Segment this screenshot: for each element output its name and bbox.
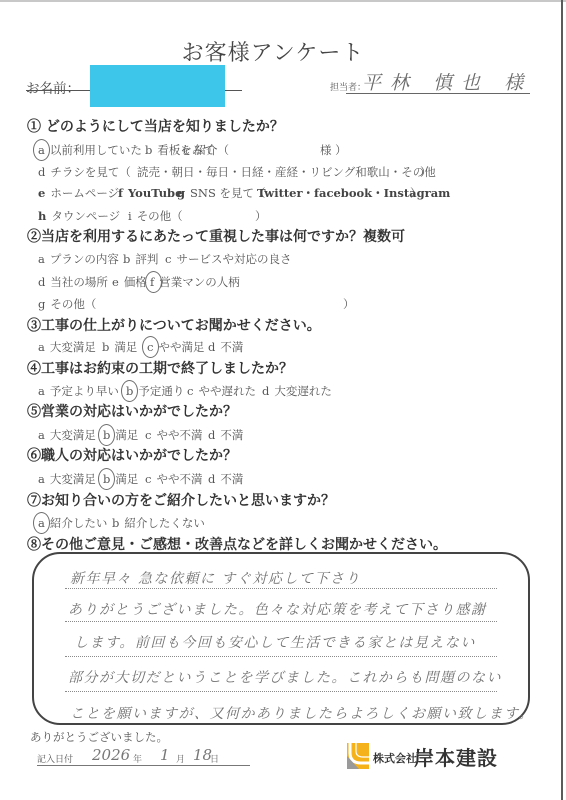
option-key: e [38,185,45,201]
option-key: b [112,515,119,531]
option-key: c [147,339,153,355]
option-key: d [262,383,269,399]
option-key: c [187,383,193,399]
comment-line-5: ことを願いますが、又何かありましたらよろしくお願い致します。 [70,703,534,723]
option-key: f [150,274,154,290]
q6-option-c[interactable]: cやや不満 [145,471,202,487]
option-label: 満足 [115,472,138,486]
option-label: 評判 [135,252,158,266]
q3-option-d[interactable]: d不満 [208,339,243,355]
option-key: c [145,427,151,443]
option-key: f [118,185,123,201]
q4-option-a[interactable]: a予定より早い [38,383,119,399]
q2-option-b[interactable]: b評判 [123,251,158,267]
q5-option-c[interactable]: cやや不満 [145,427,202,443]
date-underline [37,765,250,766]
option-key: a [38,471,45,487]
q4-option-b[interactable]: b予定通り [126,383,184,399]
option-key: a [38,515,45,531]
date-year: 2026 [92,746,130,764]
comment-line-2: ありがとうございました。色々な対応策を考えて下さり感謝 [68,599,487,619]
option-key: e [112,274,119,290]
option-label: タウンページ [51,209,120,223]
option-key: g [177,185,185,201]
option-key: d [38,164,45,180]
option-key: c [183,142,189,158]
page-title: お客様アンケート [0,36,546,67]
option-key: b [123,251,130,267]
option-key: a [38,427,45,443]
q3-option-c[interactable]: cやや満足 [147,339,204,355]
q2-option-g-suffix: ） [343,296,355,312]
scan-right-edge [561,0,563,800]
comment-rule-line [65,621,497,622]
option-label: 営業マンの人柄 [159,275,240,289]
option-label: 大変満足 [50,472,96,486]
question-4: ④工事はお約束の工期で終了しましたか？ [27,360,293,378]
q1-option-a[interactable]: a以前利用していた [38,142,142,158]
date-month-unit: 月 [176,752,185,765]
q2-option-g[interactable]: gその他（ [38,296,96,312]
q1-option-d-detail: 読売・朝日・毎日・日経・産経・リビング和歌山・その他 [137,164,436,180]
q7-option-a[interactable]: a紹介したい [38,515,107,531]
q5-option-a[interactable]: a大変満足 [38,427,96,443]
option-key: c [145,471,151,487]
option-key: i [128,208,132,224]
option-label: やや不満 [156,428,202,442]
comment-line-3: します。前回も今回も安心して生活できる家とは見えない [74,632,476,652]
question-6: ⑥職人の対応はいかがでしたか？ [27,447,237,465]
option-key: d [208,471,215,487]
option-label: やや遅れた [198,384,256,398]
question-7: ⑦お知り合いの方をご紹介したいと思いますか？ [27,492,335,510]
thanks-text: ありがとうございました。 [30,729,168,745]
option-label: 予定通り [138,384,184,398]
option-key: b [145,142,152,158]
q2-option-d[interactable]: d当社の場所 [38,274,108,290]
q1-option-d-suffix: ） [420,164,432,180]
date-day-unit: 日 [210,752,219,765]
option-label: 当社の場所 [50,275,108,289]
option-label: やや満足 [158,340,204,354]
option-key: g [38,296,45,312]
option-label: プランの内容 [50,252,119,266]
q2-option-c[interactable]: cサービスや対応の良さ [165,251,291,267]
q1-option-g-suffix: ） [410,185,422,201]
comment-rule-line [65,588,497,589]
option-label: 不満 [220,472,243,486]
option-label: YouTube [128,186,182,200]
option-key: b [102,339,109,355]
option-key: a [38,339,45,355]
option-key: d [208,427,215,443]
company-prefix: 株式会社 [373,750,417,766]
q2-option-e[interactable]: e価格 [112,274,147,290]
q5-option-d[interactable]: d不満 [208,427,243,443]
option-key: a [38,383,45,399]
company-name: 岸本建設 [414,742,498,771]
option-label: 大変遅れた [274,384,332,398]
option-label: 満足 [114,340,137,354]
option-key: a [38,251,45,267]
q6-option-a[interactable]: a大変満足 [38,471,96,487]
option-label: ホームページ [50,186,119,200]
option-key: b [103,427,110,443]
comment-rule-line [65,691,497,692]
q5-option-b[interactable]: b満足 [103,427,138,443]
option-label: 不満 [220,340,243,354]
question-3: ③工事の仕上がりについてお聞かせください。 [27,317,321,335]
option-key: d [38,274,45,290]
q6-option-d[interactable]: d不満 [208,471,243,487]
option-key: b [103,471,110,487]
q1-option-i[interactable]: iその他（ [128,208,183,224]
q1-option-g[interactable]: gSNS を見て（ [177,185,266,201]
staff-underline [346,93,530,94]
scan-top-edge [0,0,566,2]
option-label: サービスや対応の良さ [176,252,291,266]
option-label: 価格 [124,275,147,289]
option-key: d [208,339,215,355]
comment-line-1: 新年早々 急な依頼に すぐ対応して下さり [70,568,361,588]
redacted-customer-name [90,65,225,107]
option-key: h [38,208,46,224]
q1-option-c-suffix: 様 ） [320,142,347,158]
q4-option-d[interactable]: d大変遅れた [262,383,332,399]
option-label: 紹介（ [194,143,229,157]
option-label: 予定より早い [50,384,119,398]
q1-option-e[interactable]: eホームページ [38,185,119,201]
q2-option-a[interactable]: aプランの内容 [38,251,119,267]
option-label: 大変満足 [50,340,96,354]
option-label: 大変満足 [50,428,96,442]
q3-option-b[interactable]: b満足 [102,339,137,355]
comment-rule-line [65,656,497,657]
option-label: 紹介したくない [124,516,205,530]
q2-option-f[interactable]: f営業マンの人柄 [150,274,240,290]
date-label: 記入日付 [37,752,73,765]
q3-option-a[interactable]: a大変満足 [38,339,96,355]
question-2: ②当店を利用するにあたって重視した事は何ですか？複数可 [27,228,405,246]
q1-option-d[interactable]: dチラシを見て（ [38,164,131,180]
q1-option-c[interactable]: c紹介（ [183,142,229,158]
option-label: 満足 [115,428,138,442]
option-label: 不満 [220,428,243,442]
option-key: b [126,383,133,399]
q4-option-c[interactable]: cやや遅れた [187,383,256,399]
option-label: その他（ [50,297,96,311]
company-logo-icon [347,743,369,769]
question-1: ① どのようにして当店を知りましたか？ [27,118,284,136]
customer-name-label: お名前： [26,77,80,97]
date-year-unit: 年 [133,752,142,765]
q6-option-b[interactable]: b満足 [103,471,138,487]
option-key: c [165,251,171,267]
date-month: 1 [160,746,170,764]
option-key: a [38,142,45,158]
question-5: ⑤営業の対応はいかがでしたか？ [27,403,237,421]
option-label: チラシを見て（ [50,165,131,179]
option-label: SNS を見て（ [190,186,265,200]
q1-option-h[interactable]: hタウンページ [38,208,120,224]
option-label: その他（ [137,209,183,223]
staff-name-handwritten: 平林 慎也 様 [362,68,532,95]
option-label: 紹介したい [50,516,108,530]
comment-line-4: 部分が大切だということを学びました。これからも問題のない [68,667,502,687]
q1-option-i-suffix: ） [255,208,267,224]
staff-label: 担当者： [330,80,366,93]
option-label: 以前利用していた [50,143,142,157]
q1-option-f[interactable]: fYouTube [118,185,182,201]
option-label: やや不満 [156,472,202,486]
q7-option-b[interactable]: b紹介したくない [112,515,205,531]
